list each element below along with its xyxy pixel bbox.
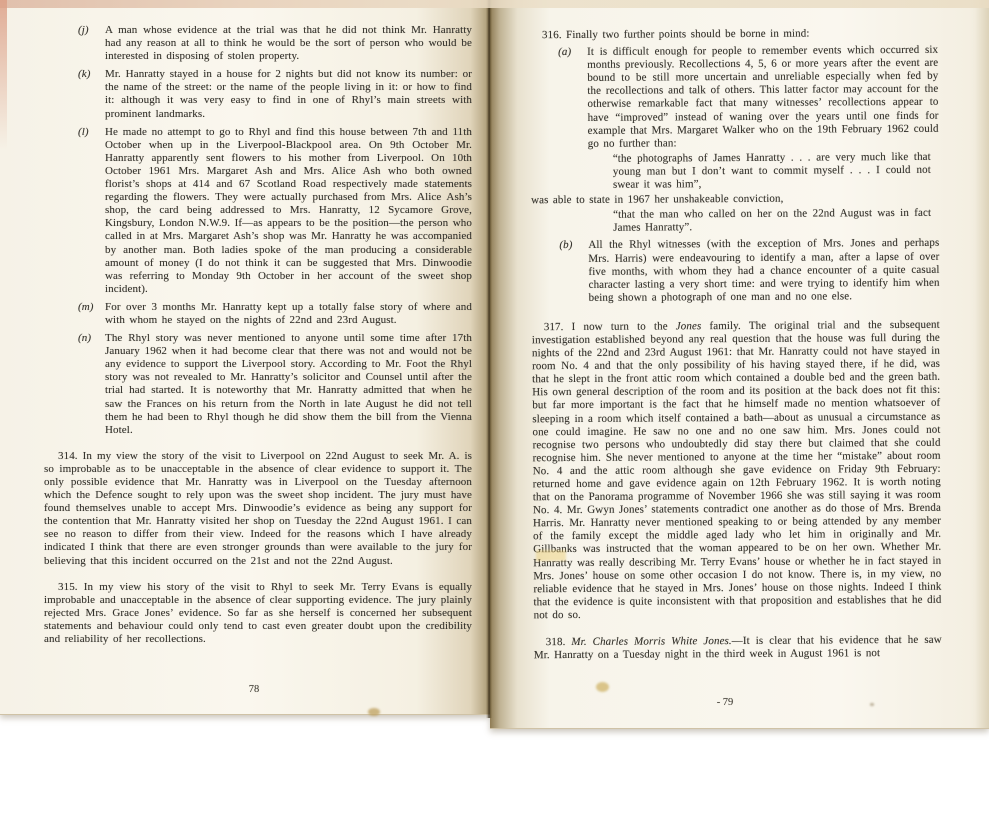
paragraph-315: 315. In my view his story of the visit t… [44,581,472,646]
page-left: (j)A man whose evidence at the trial was… [0,0,490,715]
page-right-text-block: 316. Finally two further points should b… [530,27,942,663]
paragraph-317-lead: 317. I now turn to the [544,320,676,333]
list-item-a: (a)It is difficult enough for people to … [530,44,939,151]
list-item-label: (m) [78,301,94,314]
page-left-text-block: (j)A man whose evidence at the trial was… [44,24,472,646]
list-item-label: (a) [558,46,571,59]
page-left-edge-tint [0,0,7,150]
paragraph-318-italic: Mr. Charles Morris White Jones. [571,635,731,648]
list-item-text: A man whose evidence at the trial was th… [105,24,472,62]
list-item-m: (m)For over 3 months Mr. Hanratty kept u… [44,301,472,327]
list-item-n: (n)The Rhyl story was never mentioned to… [44,332,472,437]
page-number-left: 78 [232,684,276,695]
paragraph-316: 316. Finally two further points should b… [530,27,938,43]
page-top-edge [0,0,989,8]
list-item-text: It is difficult enough for people to rem… [587,44,939,150]
paper-stain [368,708,380,716]
list-item-label: (n) [78,332,91,345]
blockquote-walker-1962: “the photographs of James Hanratty . . .… [613,151,931,192]
list-item-text: All the Rhyl witnesses (with the excepti… [588,237,939,304]
paragraph-318-lead: 318. [546,636,572,648]
paper-stain [870,703,874,706]
list-item-text: For over 3 months Mr. Hanratty kept up a… [105,301,472,326]
list-item-label: (k) [78,68,91,81]
paragraph-318: 318. Mr. Charles Morris White Jones.—It … [534,634,942,663]
bridge-text: was able to state in 1967 her unshakeabl… [531,192,939,208]
paper-smudge-highlight [536,550,566,561]
paragraph-317-italic: Jones [676,320,702,332]
list-item-j: (j)A man whose evidence at the trial was… [44,24,472,63]
scanned-book-spread: { "left_page": { "items": [ {"label": "(… [0,0,989,813]
list-item-k: (k)Mr. Hanratty stayed in a house for 2 … [44,68,472,120]
book-gutter-shadow [486,0,492,718]
paragraph-317: 317. I now turn to the Jones family. The… [532,319,942,623]
paragraph-314: 314. In my view the story of the visit t… [44,450,472,568]
list-item-label: (l) [78,126,89,139]
page-fore-edge [975,0,989,728]
list-item-label: (j) [78,24,89,37]
page-number-right: - 79 [698,697,752,708]
list-item-l: (l)He made no attempt to go to Rhyl and … [44,126,472,296]
list-item-text: He made no attempt to go to Rhyl and fin… [105,126,472,295]
book-spread: (j)A man whose evidence at the trial was… [0,0,989,735]
paragraph-317-body: family. The original trial and the subse… [532,319,942,622]
list-item-label: (b) [559,239,572,252]
list-item-text: Mr. Hanratty stayed in a house for 2 nig… [105,68,472,119]
list-item-text: The Rhyl story was never mentioned to an… [105,332,472,436]
paper-stain [596,682,609,692]
list-item-b: (b)All the Rhyl witnesses (with the exce… [531,237,939,305]
blockquote-walker-1967: “that the man who called on her on the 2… [613,207,931,235]
